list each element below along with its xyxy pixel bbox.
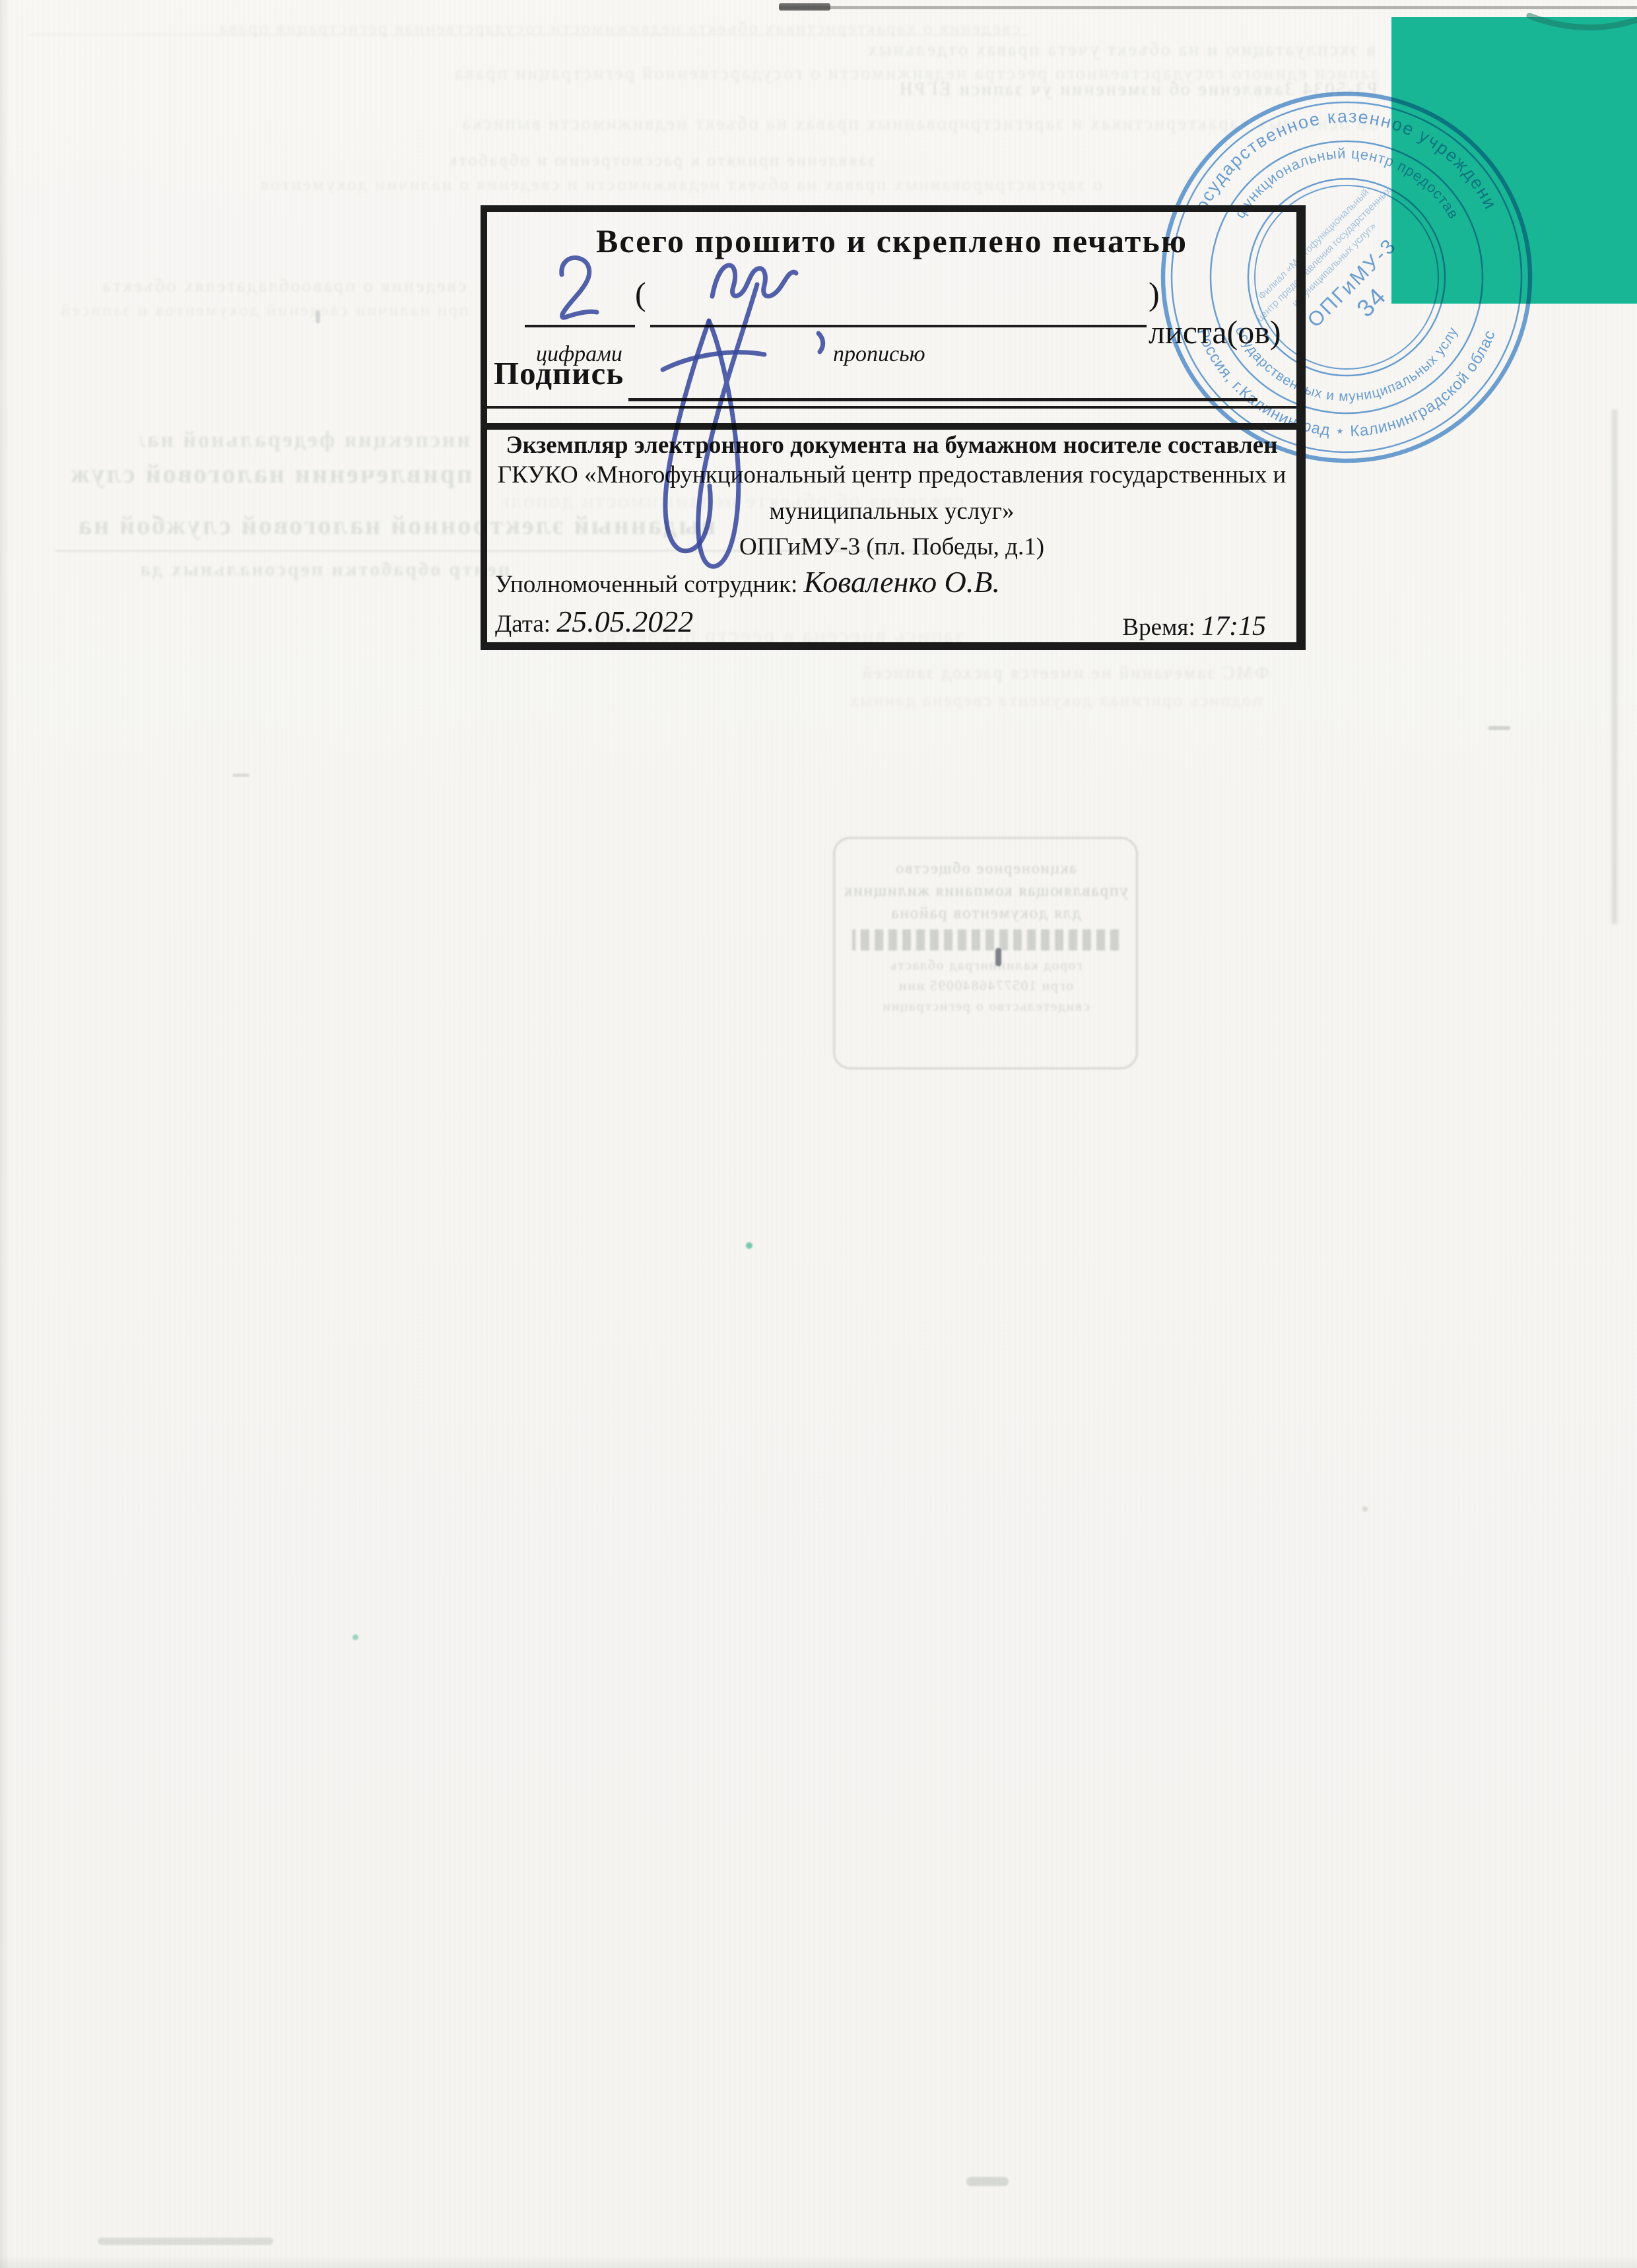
handwritten-count-digits [562, 257, 597, 317]
signature-stroke-3 [663, 352, 764, 370]
signature-tick [818, 333, 823, 352]
handwritten-ink-layer [0, 0, 1637, 2268]
scanned-document-page: сведения о характеристиках объекта недви… [0, 0, 1637, 2268]
